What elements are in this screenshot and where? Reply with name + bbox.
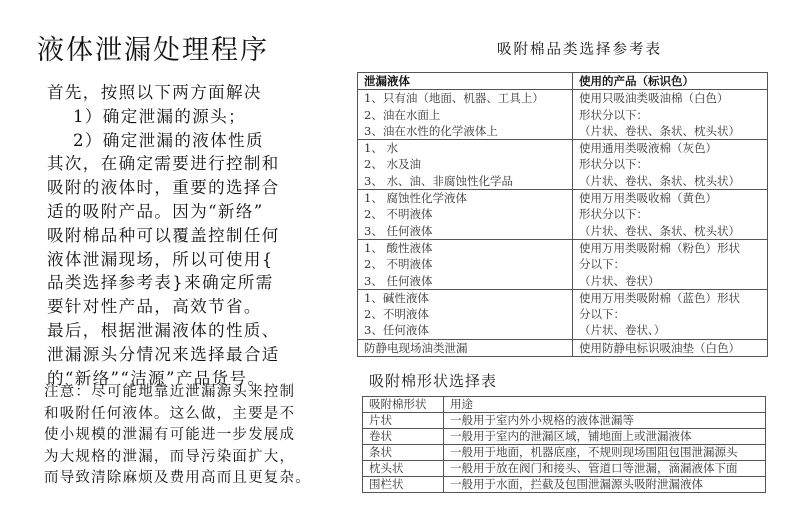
text-line: 和吸附任何液体。这么做，主要是不 [44,404,311,426]
text-line: 注意：尽可能地靠近泄漏源头来控制 [44,382,311,404]
shape-cell: 围栏状 [363,477,444,493]
text-line: 品类选择参考表}来确定所需 [47,271,280,295]
header-cell: 泄漏液体 [358,73,573,90]
cell-line: 形状分以下： [579,206,761,222]
cell-line: （片状、卷状、条状、枕头状） [579,173,761,189]
liquid-cell: 1、 腐蚀性化学液体 2、 不明液体 3、 任何液体 [358,190,573,240]
cell-line: （片状、卷状） [579,273,761,289]
shape-table: 吸附棉形状 用途 片状 一般用于室内外小规格的液体泄漏等 卷状 一般用于室内的泄… [362,396,766,493]
cell-line: 2、 不明液体 [364,256,566,272]
liquid-cell: 1、碱性液体 2、不明液体 3、任何液体 [358,289,573,339]
usage-cell: 一般用于水面，拦截及包围泄漏源头吸附泄漏液体 [444,477,766,493]
product-cell: 使用万用类吸收棉（黄色） 形状分以下： （片状、卷状、条状、枕头状） [573,190,768,240]
shape-table-title: 吸附棉形状选择表 [369,370,497,391]
text-line: 为大规格的泄漏，而导污染面扩大， [44,447,311,469]
product-cell: 使用万用类吸附棉（粉色）形状 分以下： （片状、卷状） [573,239,768,289]
product-cell: 使用万用类吸附棉（蓝色）形状 分以下： （片状、卷状、） [573,289,768,339]
cell-line: 防静电现场油类泄漏 [364,340,566,356]
category-table-title: 吸附棉品类选择参考表 [497,38,662,59]
cell-line: 分以下： [579,256,761,272]
table-row: 1、 腐蚀性化学液体 2、 不明液体 3、 任何液体 使用万用类吸收棉（黄色） … [358,190,768,240]
cell-line: 1、碱性液体 [364,290,566,306]
table-row: 片状 一般用于室内外小规格的液体泄漏等 [363,413,766,429]
table-row: 枕头状 一般用于放在阀门和接头、管道口等泄漏，滴漏液体下面 [363,461,766,477]
table-row: 防静电现场油类泄漏 使用防静电标识吸油垫（白色） [358,339,768,356]
header-cell: 用途 [444,397,766,413]
cell-line: 使用万用类吸附棉（蓝色）形状 [579,290,761,306]
text-line: 使小规模的泄漏有可能进一步发展成 [44,425,311,447]
text-line: 吸附棉品种可以覆盖控制任何 [47,224,280,248]
cell-line: 3、油在水性的化学液体上 [364,123,566,139]
product-cell: 使用防静电标识吸油垫（白色） [573,339,768,356]
procedure-text: 首先，按照以下两方面解决 1）确定泄漏的源头； 2）确定泄漏的液体性质 其次，在… [47,81,280,390]
usage-cell: 一般用于室内外小规格的液体泄漏等 [444,413,766,429]
cell-line: 3、 任何液体 [364,223,566,239]
usage-cell: 一般用于放在阀门和接头、管道口等泄漏，滴漏液体下面 [444,461,766,477]
table-header-row: 吸附棉形状 用途 [363,397,766,413]
usage-cell: 一般用于室内的泄漏区域，铺地面上或泄漏液体 [444,429,766,445]
table-header-row: 泄漏液体 使用的产品（标识色） [358,73,768,90]
text-line: 首先，按照以下两方面解决 [47,81,280,105]
cell-line: 使用万用类吸附棉（粉色）形状 [579,240,761,256]
cell-line: 使用只吸油类吸油棉（白色） [579,90,761,106]
cell-line: 1、 酸性液体 [364,240,566,256]
product-cell: 使用通用类吸液棉（灰色） 形状分以下： （片状、卷状、条状、枕头状） [573,140,768,190]
liquid-cell: 1、只有油（地面、机器、工具上） 2、油在水面上 3、油在水性的化学液体上 [358,90,573,140]
cell-line: 2、 不明液体 [364,206,566,222]
cell-line: （片状、卷状、） [579,322,761,338]
header-cell: 吸附棉形状 [363,397,444,413]
text-line: 适的吸附产品。因为“新络” [47,200,280,224]
table-row: 1、碱性液体 2、不明液体 3、任何液体 使用万用类吸附棉（蓝色）形状 分以下：… [358,289,768,339]
cell-line: 形状分以下： [579,156,761,172]
text-line: 吸附的液体时，重要的选择合 [47,176,280,200]
cell-line: 2、油在水面上 [364,107,566,123]
cell-line: 3、 水、油、非腐蚀性化学品 [364,173,566,189]
text-line: 泄漏源头分情况来选择最合适 [47,343,280,367]
table-row: 条状 一般用于地面，机器底座，不规则现场围阻包围泄漏源头 [363,445,766,461]
cell-line: 3、任何液体 [364,322,566,338]
table-row: 卷状 一般用于室内的泄漏区域，铺地面上或泄漏液体 [363,429,766,445]
shape-cell: 片状 [363,413,444,429]
cell-line: 3、 任何液体 [364,273,566,289]
text-line: 而导致清除麻烦及费用高而且更复杂。 [44,468,311,490]
text-line: 2）确定泄漏的液体性质 [47,129,280,153]
table-row: 1、 酸性液体 2、 不明液体 3、 任何液体 使用万用类吸附棉（粉色）形状 分… [358,239,768,289]
cell-line: 形状分以下： [579,107,761,123]
header-cell: 使用的产品（标识色） [573,73,768,90]
liquid-cell: 1、 水 2、 水及油 3、 水、油、非腐蚀性化学品 [358,140,573,190]
usage-cell: 一般用于地面，机器底座，不规则现场围阻包围泄漏源头 [444,445,766,461]
cell-line: 2、 水及油 [364,156,566,172]
table-row: 围栏状 一般用于水面，拦截及包围泄漏源头吸附泄漏液体 [363,477,766,493]
product-cell: 使用只吸油类吸油棉（白色） 形状分以下： （片状、卷状、条状、枕头状） [573,90,768,140]
cell-line: 使用防静电标识吸油垫（白色） [579,340,761,356]
table-row: 1、 水 2、 水及油 3、 水、油、非腐蚀性化学品 使用通用类吸液棉（灰色） … [358,140,768,190]
shape-cell: 条状 [363,445,444,461]
cell-line: 1、 腐蚀性化学液体 [364,190,566,206]
page-title: 液体泄漏处理程序 [37,34,269,68]
text-line: 最后，根据泄漏液体的性质、 [47,319,280,343]
table-row: 1、只有油（地面、机器、工具上） 2、油在水面上 3、油在水性的化学液体上 使用… [358,90,768,140]
liquid-cell: 防静电现场油类泄漏 [358,339,573,356]
shape-cell: 卷状 [363,429,444,445]
cell-line: 使用通用类吸液棉（灰色） [579,140,761,156]
text-line: 要针对性产品，高效节省。 [47,295,280,319]
text-line: 1）确定泄漏的源头； [47,105,280,129]
shape-cell: 枕头状 [363,461,444,477]
cell-line: 2、不明液体 [364,306,566,322]
note-text: 注意：尽可能地靠近泄漏源头来控制 和吸附任何液体。这么做，主要是不 使小规模的泄… [44,382,311,490]
category-table: 泄漏液体 使用的产品（标识色） 1、只有油（地面、机器、工具上） 2、油在水面上… [357,72,768,357]
liquid-cell: 1、 酸性液体 2、 不明液体 3、 任何液体 [358,239,573,289]
cell-line: 1、只有油（地面、机器、工具上） [364,90,566,106]
cell-line: 1、 水 [364,140,566,156]
cell-line: （片状、卷状、条状、枕头状） [579,123,761,139]
cell-line: （片状、卷状、条状、枕头状） [579,223,761,239]
cell-line: 使用万用类吸收棉（黄色） [579,190,761,206]
cell-line: 分以下： [579,306,761,322]
text-line: 液体泄漏现场，所以可使用{ [47,248,280,272]
text-line: 其次，在确定需要进行控制和 [47,152,280,176]
